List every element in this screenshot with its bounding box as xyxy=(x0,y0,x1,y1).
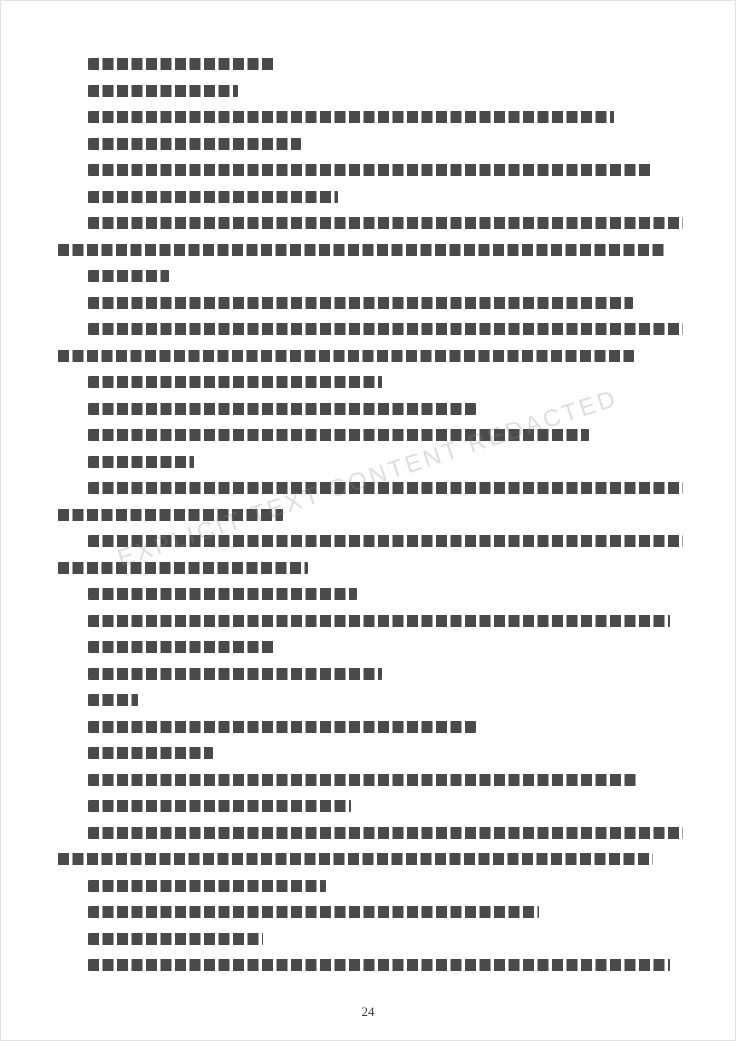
redacted-text-line xyxy=(88,376,382,388)
paragraph xyxy=(58,959,684,971)
redacted-text-line xyxy=(88,906,539,918)
paragraph xyxy=(58,880,684,892)
redacted-text-line xyxy=(58,244,665,256)
paragraph xyxy=(58,906,684,918)
paragraph xyxy=(58,535,684,574)
paragraph xyxy=(58,191,684,203)
paragraph xyxy=(58,297,684,309)
redacted-text-line xyxy=(58,562,308,574)
paragraph xyxy=(58,668,684,680)
redacted-text-line xyxy=(88,323,683,335)
paragraph xyxy=(58,588,684,600)
redacted-text-line xyxy=(88,641,276,653)
paragraph xyxy=(58,747,684,759)
paragraph xyxy=(58,58,684,70)
redacted-text-line xyxy=(88,58,276,70)
paragraph xyxy=(58,641,684,653)
redacted-text-line xyxy=(88,721,476,733)
paragraph xyxy=(58,164,684,176)
redacted-text-line xyxy=(88,297,633,309)
document-page: EXPLICIT TEXT CONTENT REDACTED 24 xyxy=(0,0,736,1041)
redacted-text-line xyxy=(88,800,351,812)
paragraph xyxy=(58,138,684,150)
paragraph xyxy=(58,721,684,733)
redacted-text-line xyxy=(88,827,683,839)
redacted-text-line xyxy=(88,85,238,97)
redacted-text-line xyxy=(88,191,338,203)
paragraph xyxy=(58,482,684,521)
paragraph xyxy=(58,376,684,388)
redacted-text-line xyxy=(88,588,357,600)
paragraph xyxy=(58,456,684,468)
paragraph xyxy=(58,933,684,945)
paragraph xyxy=(58,85,684,97)
redacted-text-line xyxy=(88,933,263,945)
redacted-text-line xyxy=(88,880,326,892)
redacted-text-line xyxy=(88,456,194,468)
redacted-text-line xyxy=(88,270,169,282)
redacted-text-line xyxy=(88,774,639,786)
redacted-text-line xyxy=(58,509,283,521)
paragraph xyxy=(58,827,684,866)
redacted-text-line xyxy=(88,111,614,123)
paragraph xyxy=(58,111,684,123)
redacted-text-line xyxy=(88,403,476,415)
paragraph xyxy=(58,694,684,706)
redacted-text-line xyxy=(88,164,651,176)
redacted-text-line xyxy=(88,747,213,759)
redacted-text-line xyxy=(88,217,683,229)
redacted-text-line xyxy=(58,853,653,865)
redacted-text-line xyxy=(88,138,301,150)
page-number: 24 xyxy=(1,1004,735,1020)
paragraph xyxy=(58,429,684,441)
paragraph xyxy=(58,323,684,362)
redacted-text-line xyxy=(88,429,589,441)
paragraph xyxy=(58,270,684,282)
redacted-text-line xyxy=(88,615,670,627)
paragraph xyxy=(58,615,684,627)
paragraph xyxy=(58,217,684,256)
redacted-text-line xyxy=(88,959,670,971)
redacted-text-line xyxy=(88,535,683,547)
paragraph xyxy=(58,800,684,812)
redacted-text-line xyxy=(88,482,683,494)
redacted-text-line xyxy=(88,668,382,680)
paragraph xyxy=(58,774,684,786)
text-area xyxy=(58,58,684,986)
redacted-text-line xyxy=(88,694,138,706)
paragraph xyxy=(58,403,684,415)
redacted-text-line xyxy=(58,350,634,362)
